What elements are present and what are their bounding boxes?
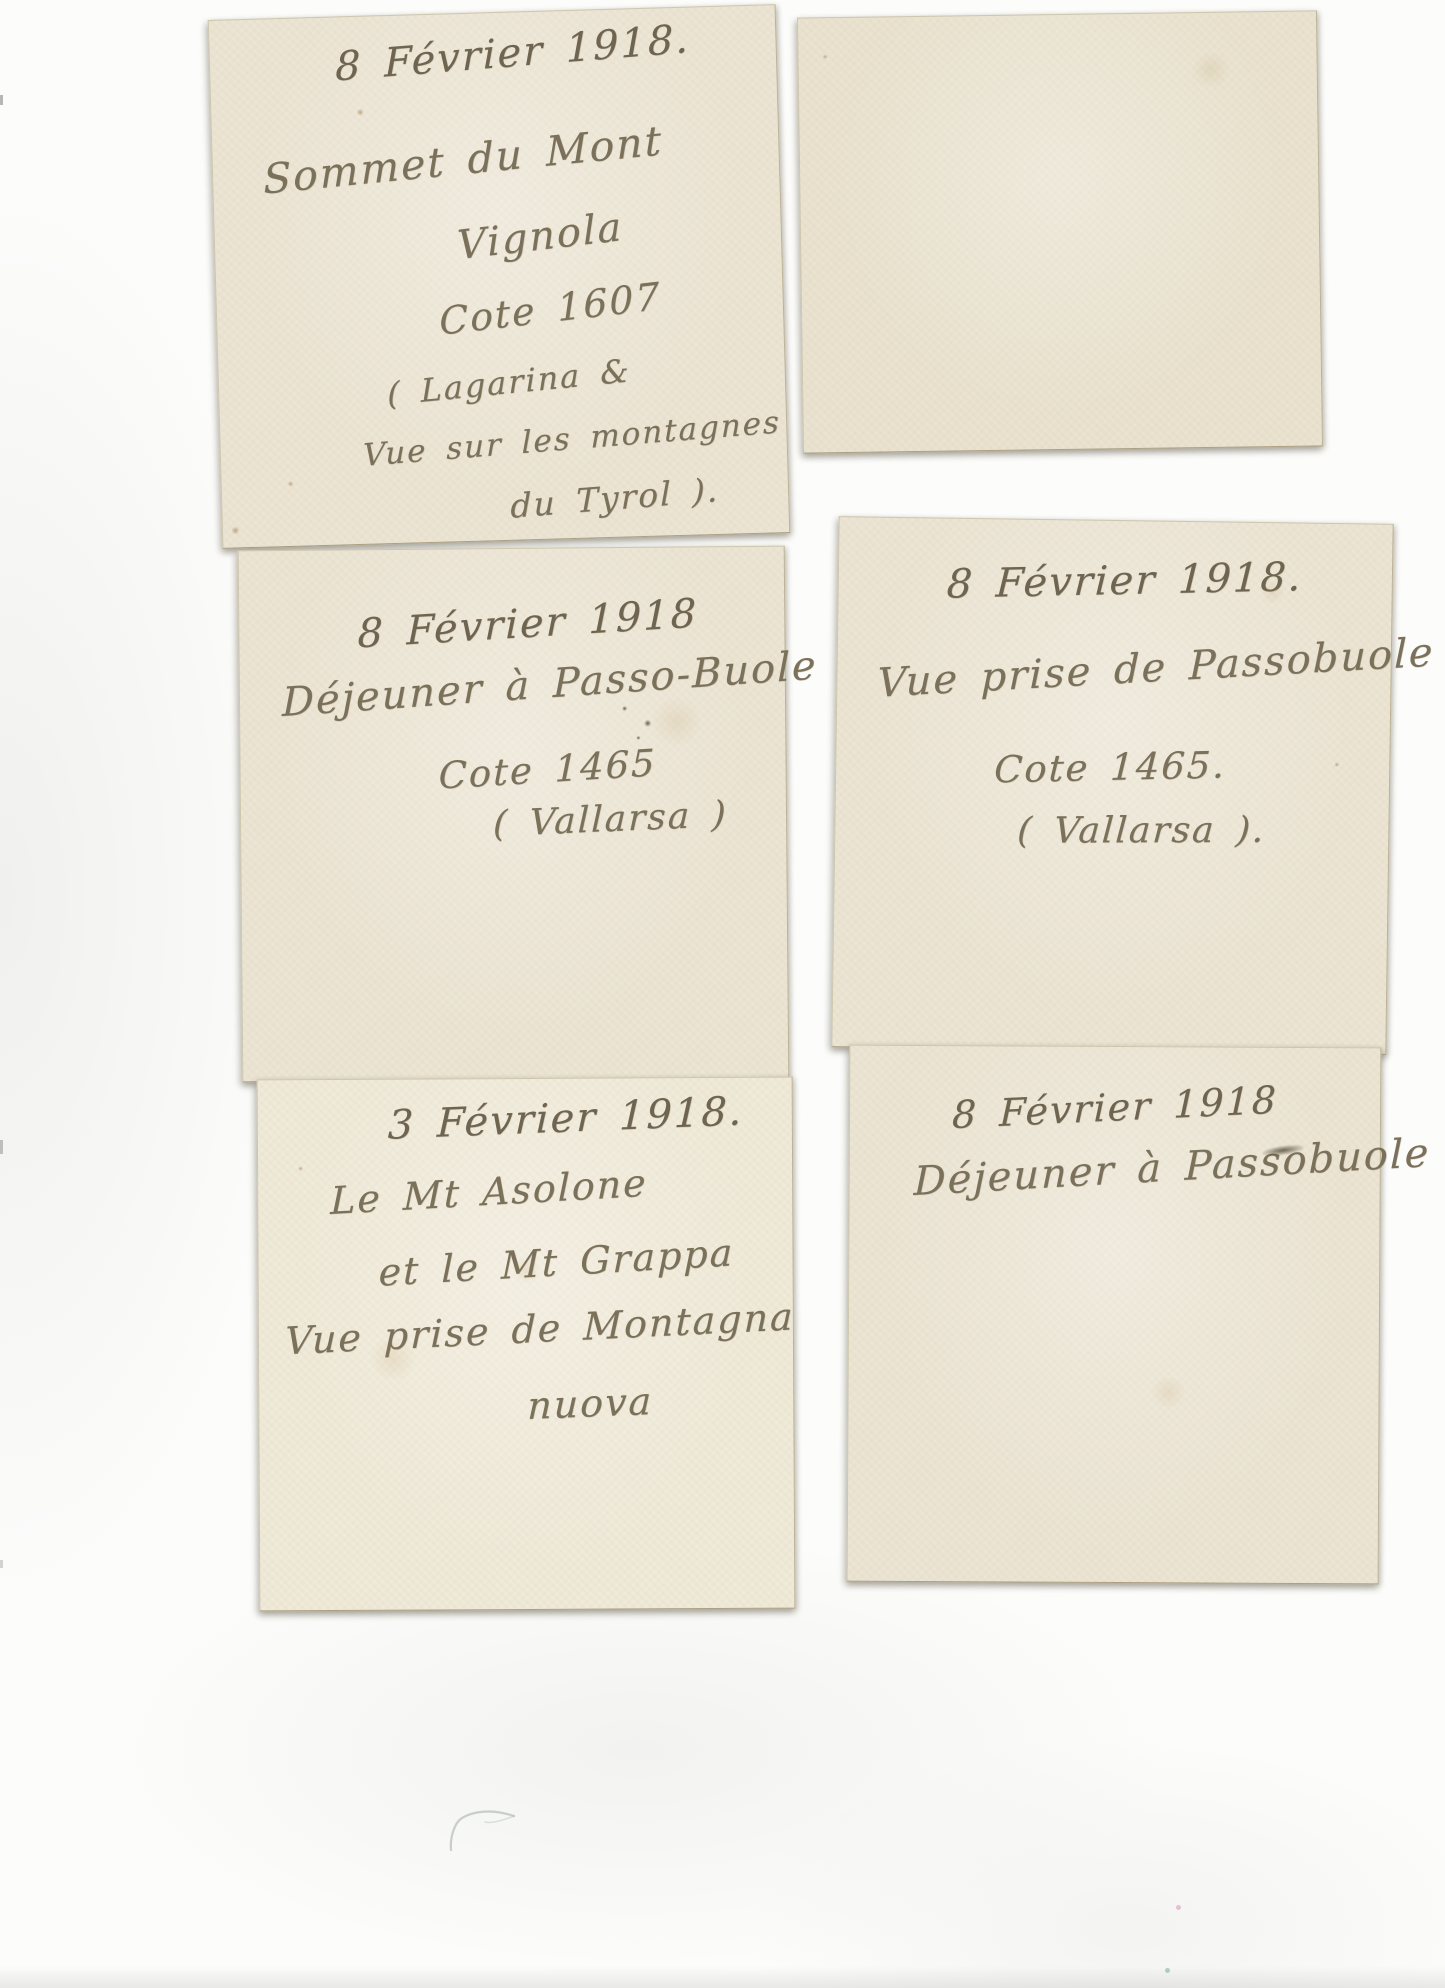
foxing-spot bbox=[298, 1166, 303, 1171]
caption-line: et le Mt Grappa bbox=[378, 1233, 734, 1292]
paper-stain bbox=[1149, 1377, 1189, 1407]
date-line: 8 Février 1918. bbox=[946, 557, 1304, 605]
paper-stain bbox=[511, 1257, 543, 1283]
caption-line: nuova bbox=[527, 1382, 654, 1425]
pencil-squiggle-mark bbox=[430, 1800, 525, 1855]
paper-stain bbox=[1259, 581, 1287, 603]
caption-line: Déjeuner à Passobuole bbox=[913, 1133, 1430, 1202]
paper-stain bbox=[1189, 53, 1233, 88]
date-line: 8 Février 1918 bbox=[357, 593, 698, 654]
scan-edge-mark bbox=[0, 95, 3, 105]
caption-line: ( Vallarsa ). bbox=[1016, 813, 1267, 850]
caption-line: du Tyrol ). bbox=[510, 473, 719, 523]
scanned-album-page: 8 Février 1918. Sommet du Mont Vignola C… bbox=[0, 0, 1445, 1988]
ink-spatter bbox=[644, 720, 651, 727]
foxing-spot bbox=[1334, 762, 1339, 767]
caption-line: ( Vallarsa ) bbox=[493, 797, 729, 843]
caption-line: Vignola bbox=[456, 207, 624, 266]
date-line: 8 Février 1918 bbox=[952, 1081, 1279, 1134]
photo-caption-card-1: 8 Février 1918. Sommet du Mont Vignola C… bbox=[208, 4, 791, 549]
caption-line: Vue prise de Montagna bbox=[285, 1297, 796, 1360]
photo-caption-card-2-blank bbox=[797, 10, 1323, 453]
photo-caption-card-3: 8 Février 1918 Déjeuner à Passo-Buole Co… bbox=[238, 546, 790, 1083]
scan-edge-mark bbox=[0, 1140, 3, 1154]
photo-caption-card-4: 8 Février 1918. Vue prise de Passobuole … bbox=[831, 516, 1393, 1055]
paper-stain bbox=[367, 1338, 419, 1380]
foxing-spot bbox=[356, 109, 364, 116]
caption-line: Vue prise de Passobuole bbox=[877, 633, 1435, 704]
caption-line: ( Lagarina & bbox=[387, 354, 631, 410]
caption-line: Cote 1465. bbox=[993, 746, 1227, 788]
date-line: 8 Février 1918. bbox=[335, 19, 690, 88]
ink-spatter bbox=[622, 706, 627, 711]
caption-line: Cote 1465 bbox=[439, 744, 657, 794]
scan-edge-mark bbox=[0, 1560, 3, 1568]
paper-stain bbox=[652, 693, 700, 749]
ink-spatter bbox=[636, 736, 640, 740]
photo-caption-card-5: 3 Février 1918. Le Mt Asolone et le Mt G… bbox=[257, 1077, 796, 1612]
date-line: 3 Février 1918. bbox=[387, 1091, 744, 1145]
pink-speck bbox=[1176, 1905, 1181, 1910]
caption-line: Le Mt Asolone bbox=[330, 1164, 648, 1220]
caption-line: Déjeuner à Passo-Buole bbox=[282, 646, 817, 724]
photo-caption-card-6: 8 Février 1918 Déjeuner à Passobuole bbox=[847, 1045, 1382, 1585]
caption-line: Sommet du Mont bbox=[263, 120, 664, 200]
foxing-spot bbox=[231, 526, 240, 534]
scan-bottom-shadow bbox=[0, 1966, 1445, 1988]
foxing-spot bbox=[822, 54, 827, 59]
caption-line: Cote 1607 bbox=[438, 277, 662, 341]
caption-line: Vue sur les montagnes bbox=[363, 407, 781, 472]
foxing-spot bbox=[288, 481, 294, 487]
